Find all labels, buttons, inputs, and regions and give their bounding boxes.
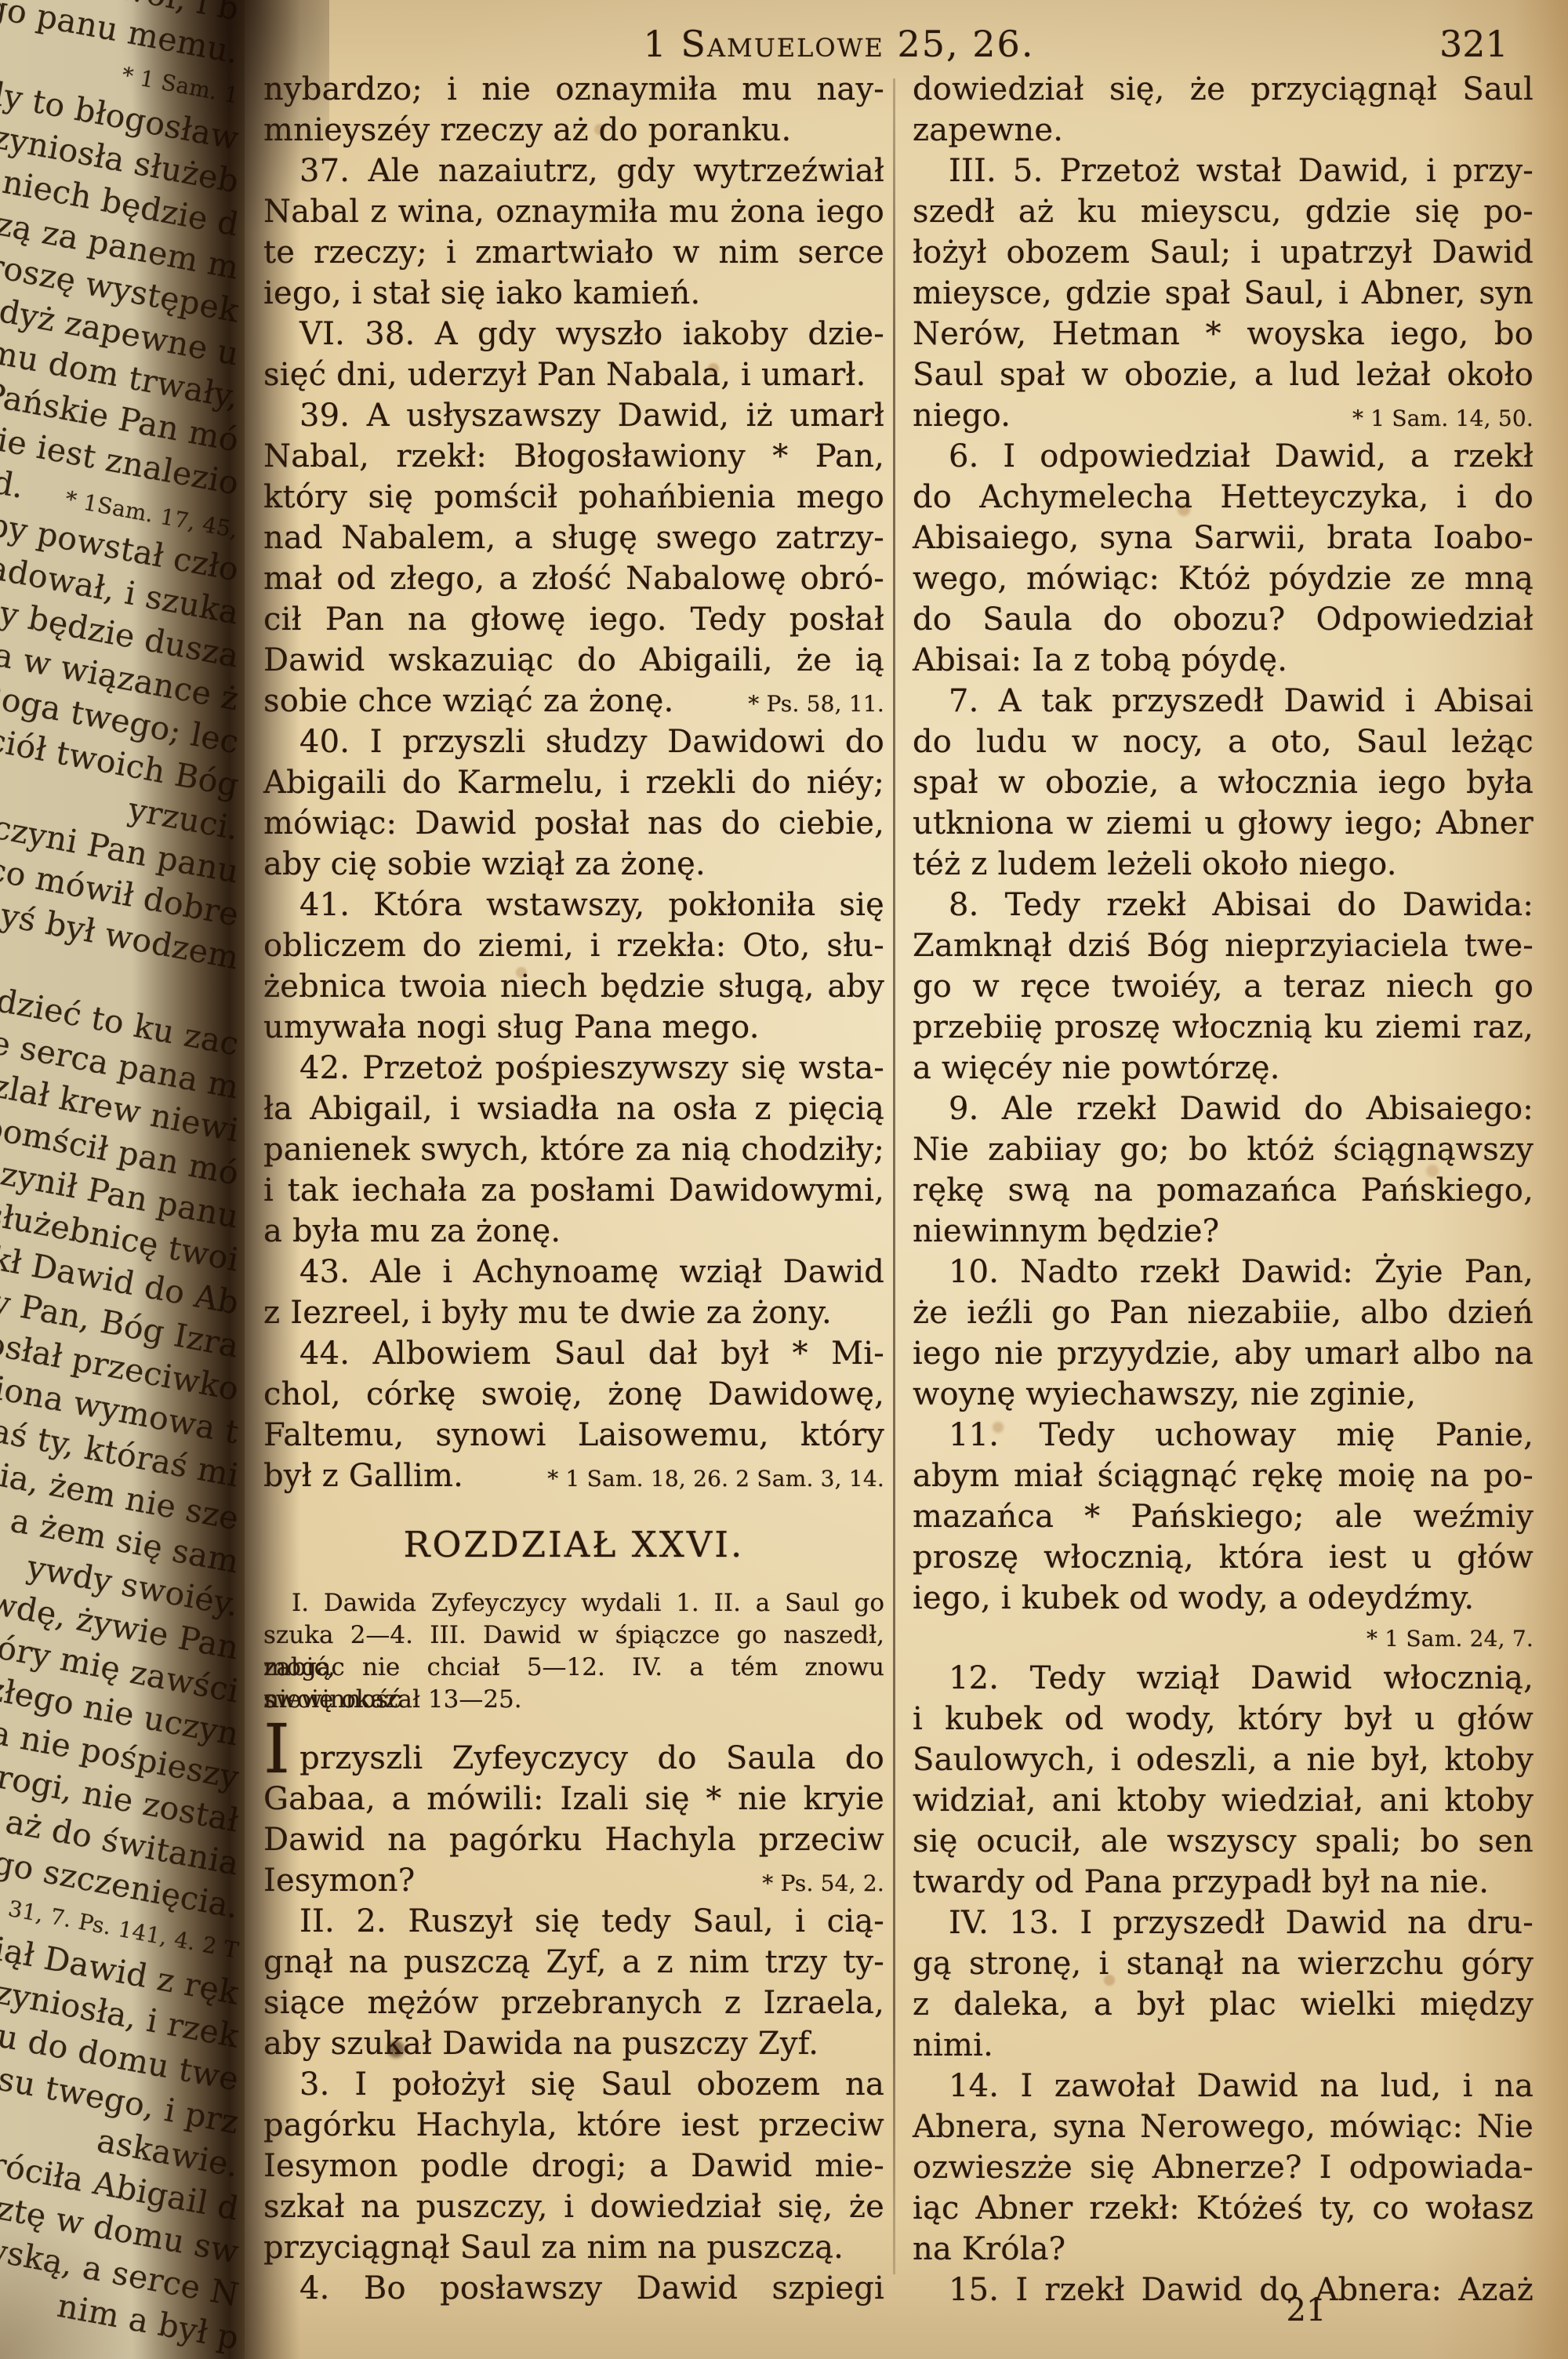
- body-line: że ieźli go Pan niezabiie, albo dzień: [913, 1292, 1534, 1333]
- body-line: cił Pan na głowę iego. Tedy posłał: [263, 599, 884, 640]
- spacer: [263, 1496, 884, 1523]
- left-page-fragment: nieprzyiaciele twoi, i bzłego panu memu.…: [0, 0, 245, 2359]
- body-line: mał od złego, a złość Nabalowę obró-: [263, 558, 884, 599]
- body-line: gą stronę, i stanął na wierzchu góry: [913, 1943, 1534, 1984]
- body-line: umywała nogi sług Pana mego.: [263, 1007, 884, 1048]
- body-line: go w ręce twoiéy, a teraz niech go: [913, 966, 1534, 1007]
- body-line: nybardzo; i nie oznaymiła mu nay-: [263, 69, 884, 110]
- body-line: 15. I rzekł Dawid do Abnera: Azaż: [913, 2270, 1534, 2310]
- verse-reference-line: * 1 Sam. 24, 7.: [913, 1619, 1534, 1658]
- body-line: 6. I odpowiedział Dawid, a rzekł: [913, 436, 1534, 477]
- column-divider: [893, 78, 895, 2274]
- body-line: 42. Przetoż pośpieszywszy się wsta-: [263, 1048, 884, 1089]
- body-line: zapewne.: [913, 110, 1534, 151]
- body-line: Abnera, syna Nerowego, mówiąc: Nie: [913, 2106, 1534, 2147]
- body-line: do ludu w nocy, a oto, Saul leżąc: [913, 722, 1534, 762]
- body-line: 43. Ale i Achynoamę wziął Dawid: [263, 1252, 884, 1292]
- body-line: pagórku Hachyla, które iest przeciw: [263, 2105, 884, 2146]
- body-line: panienek swych, które za nią chodziły;: [263, 1129, 884, 1170]
- body-line: Zamknął dziś Bóg nieprzyiaciela twe-: [913, 925, 1534, 966]
- paper-specks: [0, 0, 8, 8]
- body-line: 7. A tak przyszedł Dawid i Abisai: [913, 681, 1534, 722]
- body-line: Nabal z wina, oznaymiła mu żona iego: [263, 191, 884, 232]
- chapter-heading: ROZDZIAŁ XXVI.: [263, 1523, 884, 1567]
- body-line: ozwieszże się Abnerze? I odpowiada-: [913, 2147, 1534, 2188]
- body-line: IV. 13. I przyszedł Dawid na dru-: [913, 1903, 1534, 1943]
- left-page-fragment-text: nieprzyiaciele twoi, i bzłego panu memu.…: [0, 0, 238, 2359]
- body-line: iąc Abner rzekł: Któżeś ty, co wołasz: [913, 2188, 1534, 2229]
- body-line: iego, i stał się iako kamień.: [263, 273, 884, 314]
- body-line: Nerów, Hetman * woyska iego, bo: [913, 314, 1534, 354]
- body-line: żebnica twoia niech będzie sługą, aby: [263, 966, 884, 1007]
- body-line: abym miał ściągnąć rękę moię na po-: [913, 1456, 1534, 1496]
- body-line: i kubek od wody, który był u głów: [913, 1699, 1534, 1739]
- body-line: obliczem do ziemi, i rzekła: Oto, słu-: [263, 925, 884, 966]
- running-header-title: 1 Samuelowe 25, 26.: [486, 20, 1192, 67]
- body-line-text: Iesymon?: [263, 1860, 415, 1901]
- page-number: 321: [1439, 20, 1541, 67]
- body-line: gnął na puszczą Zyf, a z nim trzy ty-: [263, 1942, 884, 1983]
- body-line: II. 2. Ruszył się tedy Saul, i cią-: [263, 1901, 884, 1942]
- spacer: [263, 1716, 884, 1738]
- body-line: ła Abigail, i wsiadła na osła z pięcią: [263, 1089, 884, 1129]
- verse-reference: * 1 Sam. 24, 7.: [1367, 1626, 1534, 1652]
- body-line: przyciągnął Saul za nim na puszczą.: [263, 2227, 884, 2268]
- verse-reference: * Ps. 58, 11.: [748, 684, 884, 725]
- body-line: który się pomścił pohańbienia mego: [263, 477, 884, 518]
- body-line: 12. Tedy wziął Dawid włocznią,: [913, 1658, 1534, 1699]
- body-line: a była mu za żonę.: [263, 1211, 884, 1252]
- body-line: swoię okazał 13—25.: [263, 1684, 884, 1716]
- body-line: 14. I zawołał Dawid na lud, i na: [913, 2066, 1534, 2106]
- body-line: z Iezreel, i były mu te dwie za żony.: [263, 1292, 884, 1333]
- body-line: aby szukał Dawida na puszczy Zyf.: [263, 2023, 884, 2064]
- body-line: sobie chce wziąć za żonę.* Ps. 58, 11.: [263, 681, 884, 722]
- body-line: widział, ani ktoby wiedział, ani ktoby: [913, 1780, 1534, 1821]
- verse-reference: * 1 Sam. 14, 50.: [1352, 398, 1534, 439]
- body-line: 41. Która wstawszy, pokłoniła się: [263, 885, 884, 925]
- body-line: Saulowych, i odeszli, a nie był, ktoby: [913, 1739, 1534, 1780]
- body-line: nad Nabalem, a sługę swego zatrzy-: [263, 518, 884, 558]
- body-line: Iprzyszli Zyfeyczycy do Saula do: [263, 1738, 884, 1779]
- verse-reference: * Ps. 54, 2.: [762, 1863, 884, 1904]
- body-line: wego, mówiąc: Któż póydzie ze mną: [913, 558, 1534, 599]
- body-line: był z Gallim.* 1 Sam. 18, 26. 2 Sam. 3, …: [263, 1456, 884, 1496]
- body-line: szuka 2—4. III. Dawid w śpiączce go nasz…: [263, 1619, 884, 1652]
- body-line: łożył obozem Saul; i upatrzył Dawid: [913, 232, 1534, 273]
- body-line: woynę wyiechawszy, nie zginie,: [913, 1374, 1534, 1415]
- body-line: szkał na puszczy, i dowiedział się, że: [263, 2186, 884, 2227]
- text-column-left: nybardzo; i nie oznaymiła mu nay-mnieysz…: [263, 69, 884, 2309]
- book-page-photo: nieprzyiaciele twoi, i bzłego panu memu.…: [0, 0, 1568, 2359]
- text-column-right: dowiedział się, że przyciągnął Saulzapew…: [913, 69, 1534, 2310]
- body-line: 44. Albowiem Saul dał był * Mi-: [263, 1333, 884, 1374]
- body-line: 8. Tedy rzekł Abisai do Dawida:: [913, 885, 1534, 925]
- body-line: mazańca * Pańskiego; ale weźmiy: [913, 1496, 1534, 1537]
- body-line: proszę włocznią, która iest u głów: [913, 1537, 1534, 1578]
- body-line: III. 5. Przetoż wstał Dawid, i przy-: [913, 151, 1534, 191]
- body-line-text: był z Gallim.: [263, 1456, 463, 1496]
- body-line: Nie zabiiay go; bo któż ściągnąwszy: [913, 1129, 1534, 1170]
- body-line: téż z ludem leżeli około niego.: [913, 844, 1534, 885]
- body-line: mieysce, gdzie spał Saul, i Abner, syn: [913, 273, 1534, 314]
- body-line-text: sobie chce wziąć za żonę.: [263, 681, 673, 722]
- body-line: a więcéy nie powtórzę.: [913, 1048, 1534, 1089]
- signature-mark: 21: [1251, 2288, 1361, 2332]
- body-line: VI. 38. A gdy wyszło iakoby dzie-: [263, 314, 884, 354]
- body-line: utkniona w ziemi u głowy iego; Abner: [913, 803, 1534, 844]
- body-line: 39. A usłyszawszy Dawid, iż umarł: [263, 395, 884, 436]
- body-line: i tak iechała za posłami Dawidowymi,: [263, 1170, 884, 1211]
- body-line: siące mężów przebranych z Izraela,: [263, 1983, 884, 2023]
- body-line: mówiąc: Dawid posłał nas do ciebie,: [263, 803, 884, 844]
- body-line: te rzeczy; i zmartwiało w nim serce: [263, 232, 884, 273]
- body-line: sięć dni, uderzył Pan Nabala, i umarł.: [263, 354, 884, 395]
- spacer: [263, 1567, 884, 1587]
- body-line: 9. Ale rzekł Dawid do Abisaiego:: [913, 1089, 1534, 1129]
- body-line: nimi.: [913, 2025, 1534, 2066]
- body-line: niewinnym będzie?: [913, 1211, 1534, 1252]
- body-line: twardy od Pana przypadł był na nie.: [913, 1862, 1534, 1903]
- body-line: 4. Bo posławszy Dawid szpiegi: [263, 2268, 884, 2309]
- verse-reference: * 1 Sam. 18, 26. 2 Sam. 3, 14.: [547, 1459, 884, 1499]
- body-line: Iesymon podle drogi; a Dawid mie-: [263, 2146, 884, 2186]
- body-line: do Achymelecha Hetteyczyka, i do: [913, 477, 1534, 518]
- body-line: Nabal, rzekł: Błogosławiony * Pan,: [263, 436, 884, 477]
- chapter-summary: I. Dawida Zyfeyczycy wydali 1. II. a Sau…: [263, 1587, 884, 1716]
- body-line: Dawid na pagórku Hachyla przeciw: [263, 1819, 884, 1860]
- body-line: Gabaa, a mówili: Izali się * nie kryie: [263, 1779, 884, 1819]
- body-line: 11. Tedy uchoway mię Panie,: [913, 1415, 1534, 1456]
- body-line: chol, córkę swoię, żonę Dawidowę,: [263, 1374, 884, 1415]
- body-line: iego, i kubek od wody, a odeydźmy.: [913, 1578, 1534, 1619]
- body-line: zabić, nie chciał 5—12. IV. a tém znowu …: [263, 1652, 884, 1684]
- body-line: mnieyszéy rzeczy aż do poranku.: [263, 110, 884, 151]
- body-line: Saul spał w obozie, a lud leżał około: [913, 354, 1534, 395]
- body-line: rękę swą na pomazańca Pańskiego,: [913, 1170, 1534, 1211]
- body-line: 37. Ale nazaiutrz, gdy wytrzeźwiał: [263, 151, 884, 191]
- body-line: się ocucił, ale wszyscy spali; bo sen: [913, 1821, 1534, 1862]
- body-line: niego.* 1 Sam. 14, 50.: [913, 395, 1534, 436]
- body-line: aby cię sobie wziął za żonę.: [263, 844, 884, 885]
- body-line: spał w obozie, a włocznia iego była: [913, 762, 1534, 803]
- body-line-text: niego.: [913, 395, 1011, 436]
- body-line: przebiię proszę włocznią ku ziemi raz,: [913, 1007, 1534, 1048]
- body-line: do Saula do obozu? Odpowiedział: [913, 599, 1534, 640]
- body-line: Abigaili do Karmelu, i rzekli do niéy;: [263, 762, 884, 803]
- body-line: 40. I przyszli słudzy Dawidowi do: [263, 722, 884, 762]
- body-line: szedł aż ku mieyscu, gdzie się po-: [913, 191, 1534, 232]
- body-line: dowiedział się, że przyciągnął Saul: [913, 69, 1534, 110]
- body-line: z daleka, a był plac wielki między: [913, 1984, 1534, 2025]
- raised-initial: I: [263, 1710, 290, 1789]
- body-line: Iesymon?* Ps. 54, 2.: [263, 1860, 884, 1901]
- body-line: 10. Nadto rzekł Dawid: Żyie Pan,: [913, 1252, 1534, 1292]
- body-line: I. Dawida Zyfeyczycy wydali 1. II. a Sau…: [263, 1587, 884, 1619]
- body-line: na Króla?: [913, 2229, 1534, 2270]
- body-line: Faltemu, synowi Laisowemu, który: [263, 1415, 884, 1456]
- body-line: 3. I położył się Saul obozem na: [263, 2064, 884, 2105]
- body-line: iego nie przyydzie, aby umarł albo na: [913, 1333, 1534, 1374]
- body-line: Dawid wskazuiąc do Abigaili, że ią: [263, 640, 884, 681]
- body-line: Abisaiego, syna Sarwii, brata Ioabo-: [913, 518, 1534, 558]
- body-line: Abisai: Ia z tobą póydę.: [913, 640, 1534, 681]
